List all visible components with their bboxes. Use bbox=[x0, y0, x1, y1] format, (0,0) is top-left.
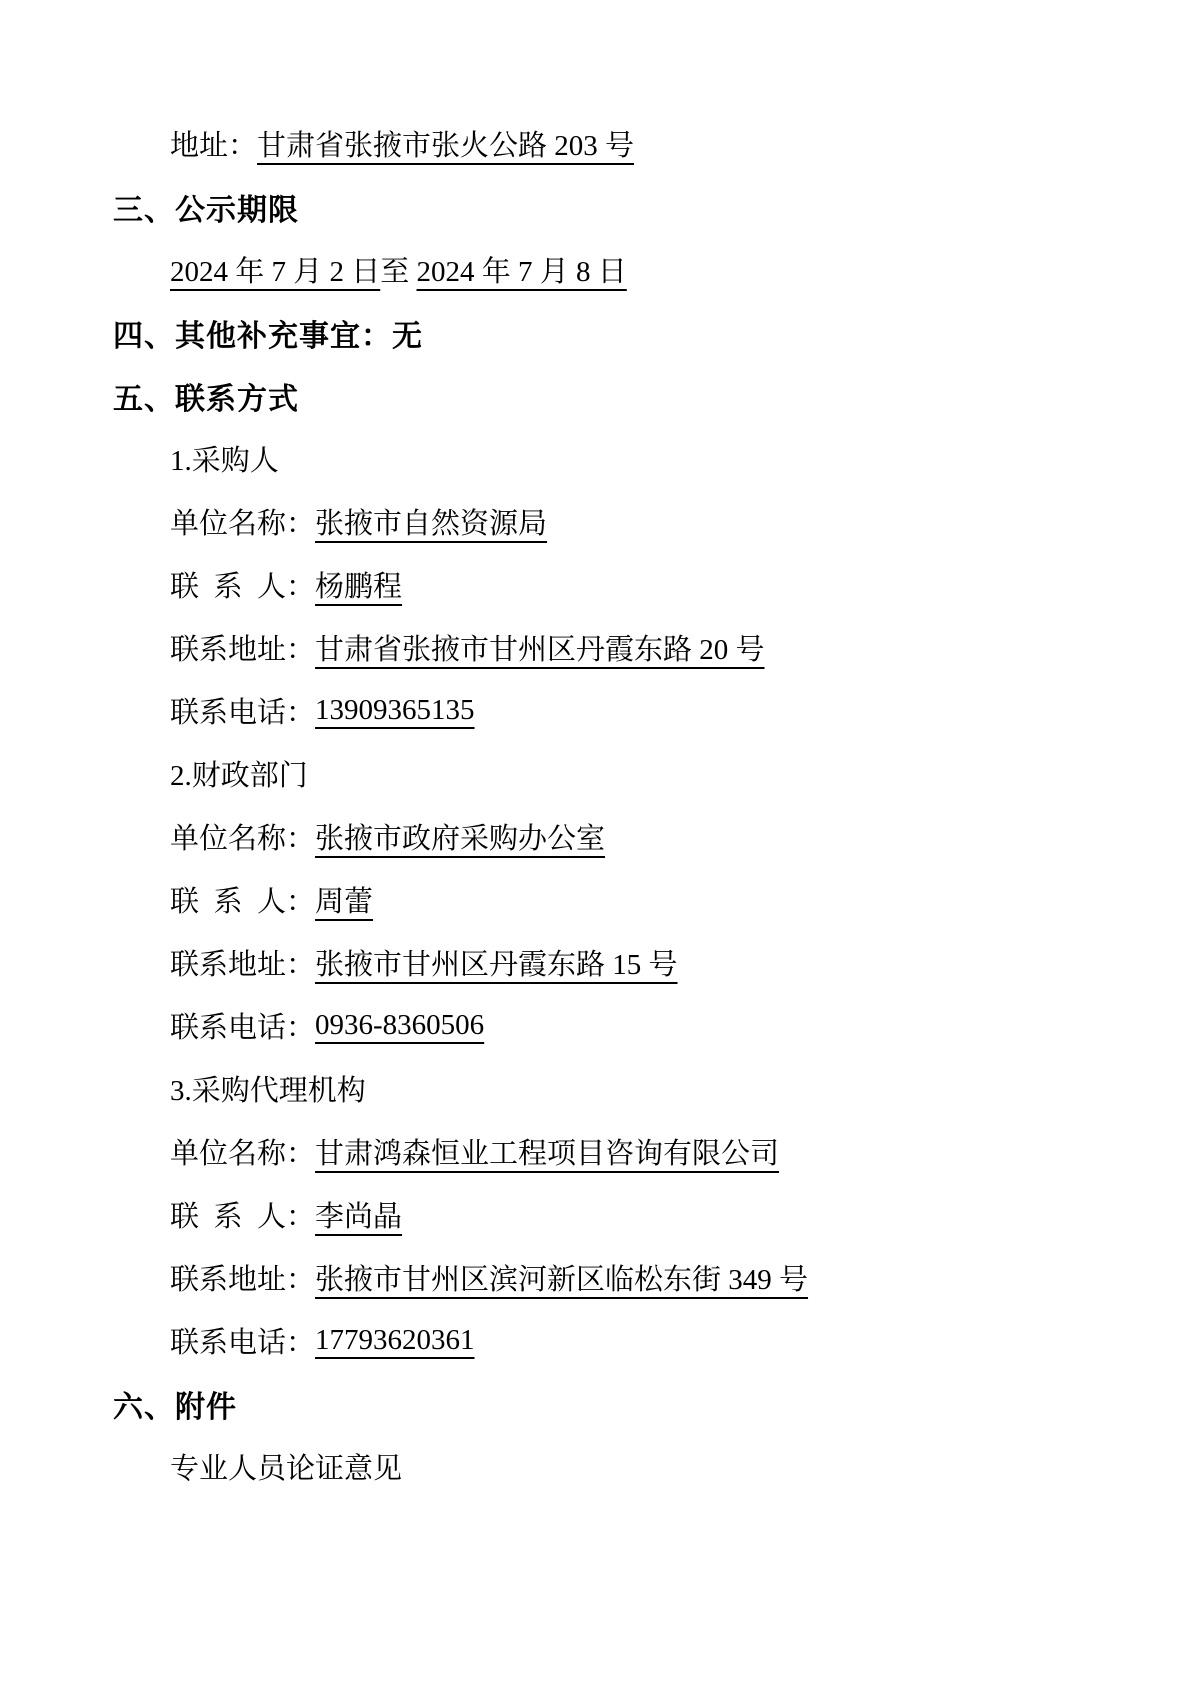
unit-name-label: 单位名称： bbox=[170, 501, 315, 542]
agency-contact-address-line: 联系地址： 张掖市甘州区滨河新区临松东街 349 号 bbox=[113, 1246, 1111, 1309]
contact-person-value: 李尚晶 bbox=[315, 1194, 402, 1235]
contact-person-label: 联 系 人： bbox=[170, 1194, 315, 1235]
finance-contact-person-line: 联 系 人： 周蕾 bbox=[113, 868, 1111, 931]
contact-address-label: 联系地址： bbox=[170, 1257, 315, 1298]
contact-phone-value: 0936-8360506 bbox=[315, 1009, 484, 1042]
finance-unit-name-line: 单位名称： 张掖市政府采购办公室 bbox=[113, 805, 1111, 868]
attachment-name: 专业人员论证意见 bbox=[170, 1446, 402, 1487]
contact-phone-label: 联系电话： bbox=[170, 1320, 315, 1361]
purchaser-unit-name-line: 单位名称： 张掖市自然资源局 bbox=[113, 490, 1111, 553]
contact-address-label: 联系地址： bbox=[170, 942, 315, 983]
contact-person-value: 杨鹏程 bbox=[315, 564, 402, 605]
document-page: 地址： 甘肃省张掖市张火公路 203 号 三、公示期限 2024 年 7 月 2… bbox=[0, 0, 1191, 1684]
unit-name-label: 单位名称： bbox=[170, 1131, 315, 1172]
address-line: 地址： 甘肃省张掖市张火公路 203 号 bbox=[113, 112, 1111, 175]
section3-heading: 三、公示期限 bbox=[113, 185, 299, 229]
publicity-period-end: 2024 年 7 月 8 日 bbox=[417, 249, 627, 290]
section4-heading: 四、其他补充事宜：无 bbox=[113, 311, 423, 355]
section6-heading-line: 六、附件 bbox=[113, 1372, 1111, 1435]
agency-contact-phone-line: 联系电话： 17793620361 bbox=[113, 1309, 1111, 1372]
section4-heading-line: 四、其他补充事宜：无 bbox=[113, 301, 1111, 364]
contact-person-label: 联 系 人： bbox=[170, 564, 315, 605]
contact-address-value: 张掖市甘州区丹霞东路 15 号 bbox=[315, 942, 678, 983]
unit-name-value: 甘肃鸿森恒业工程项目咨询有限公司 bbox=[315, 1131, 779, 1172]
contact-person-value: 周蕾 bbox=[315, 879, 373, 920]
contact-person-label: 联 系 人： bbox=[170, 879, 315, 920]
purchaser-contact-phone-line: 联系电话： 13909365135 bbox=[113, 679, 1111, 742]
contact-address-label: 联系地址： bbox=[170, 627, 315, 668]
contact-phone-value: 13909365135 bbox=[315, 694, 475, 727]
group-agency-title: 3.采购代理机构 bbox=[170, 1068, 366, 1109]
agency-contact-person-line: 联 系 人： 李尚晶 bbox=[113, 1183, 1111, 1246]
publicity-period-start: 2024 年 7 月 2 日 bbox=[170, 249, 380, 290]
section3-heading-line: 三、公示期限 bbox=[113, 175, 1111, 238]
finance-contact-phone-line: 联系电话： 0936-8360506 bbox=[113, 994, 1111, 1057]
group-finance-title-line: 2.财政部门 bbox=[113, 742, 1111, 805]
unit-name-label: 单位名称： bbox=[170, 816, 315, 857]
unit-name-value: 张掖市政府采购办公室 bbox=[315, 816, 605, 857]
publicity-period-line: 2024 年 7 月 2 日 至 2024 年 7 月 8 日 bbox=[113, 238, 1111, 301]
group-agency-title-line: 3.采购代理机构 bbox=[113, 1057, 1111, 1120]
agency-unit-name-line: 单位名称： 甘肃鸿森恒业工程项目咨询有限公司 bbox=[113, 1120, 1111, 1183]
contact-address-value: 甘肃省张掖市甘州区丹霞东路 20 号 bbox=[315, 627, 765, 668]
contact-address-value: 张掖市甘州区滨河新区临松东街 349 号 bbox=[315, 1257, 808, 1298]
publicity-period-join: 至 bbox=[380, 249, 416, 290]
group-finance-title: 2.财政部门 bbox=[170, 753, 308, 794]
section5-heading: 五、联系方式 bbox=[113, 374, 299, 418]
group-purchaser-title: 1.采购人 bbox=[170, 438, 279, 479]
contact-phone-value: 17793620361 bbox=[315, 1324, 475, 1357]
group-purchaser-title-line: 1.采购人 bbox=[113, 427, 1111, 490]
attachment-line: 专业人员论证意见 bbox=[113, 1435, 1111, 1498]
purchaser-contact-person-line: 联 系 人： 杨鹏程 bbox=[113, 553, 1111, 616]
purchaser-contact-address-line: 联系地址： 甘肃省张掖市甘州区丹霞东路 20 号 bbox=[113, 616, 1111, 679]
contact-phone-label: 联系电话： bbox=[170, 690, 315, 731]
finance-contact-address-line: 联系地址： 张掖市甘州区丹霞东路 15 号 bbox=[113, 931, 1111, 994]
contact-phone-label: 联系电话： bbox=[170, 1005, 315, 1046]
unit-name-value: 张掖市自然资源局 bbox=[315, 501, 547, 542]
section5-heading-line: 五、联系方式 bbox=[113, 364, 1111, 427]
address-label: 地址： bbox=[170, 123, 257, 164]
section6-heading: 六、附件 bbox=[113, 1382, 237, 1426]
address-value: 甘肃省张掖市张火公路 203 号 bbox=[257, 123, 634, 164]
